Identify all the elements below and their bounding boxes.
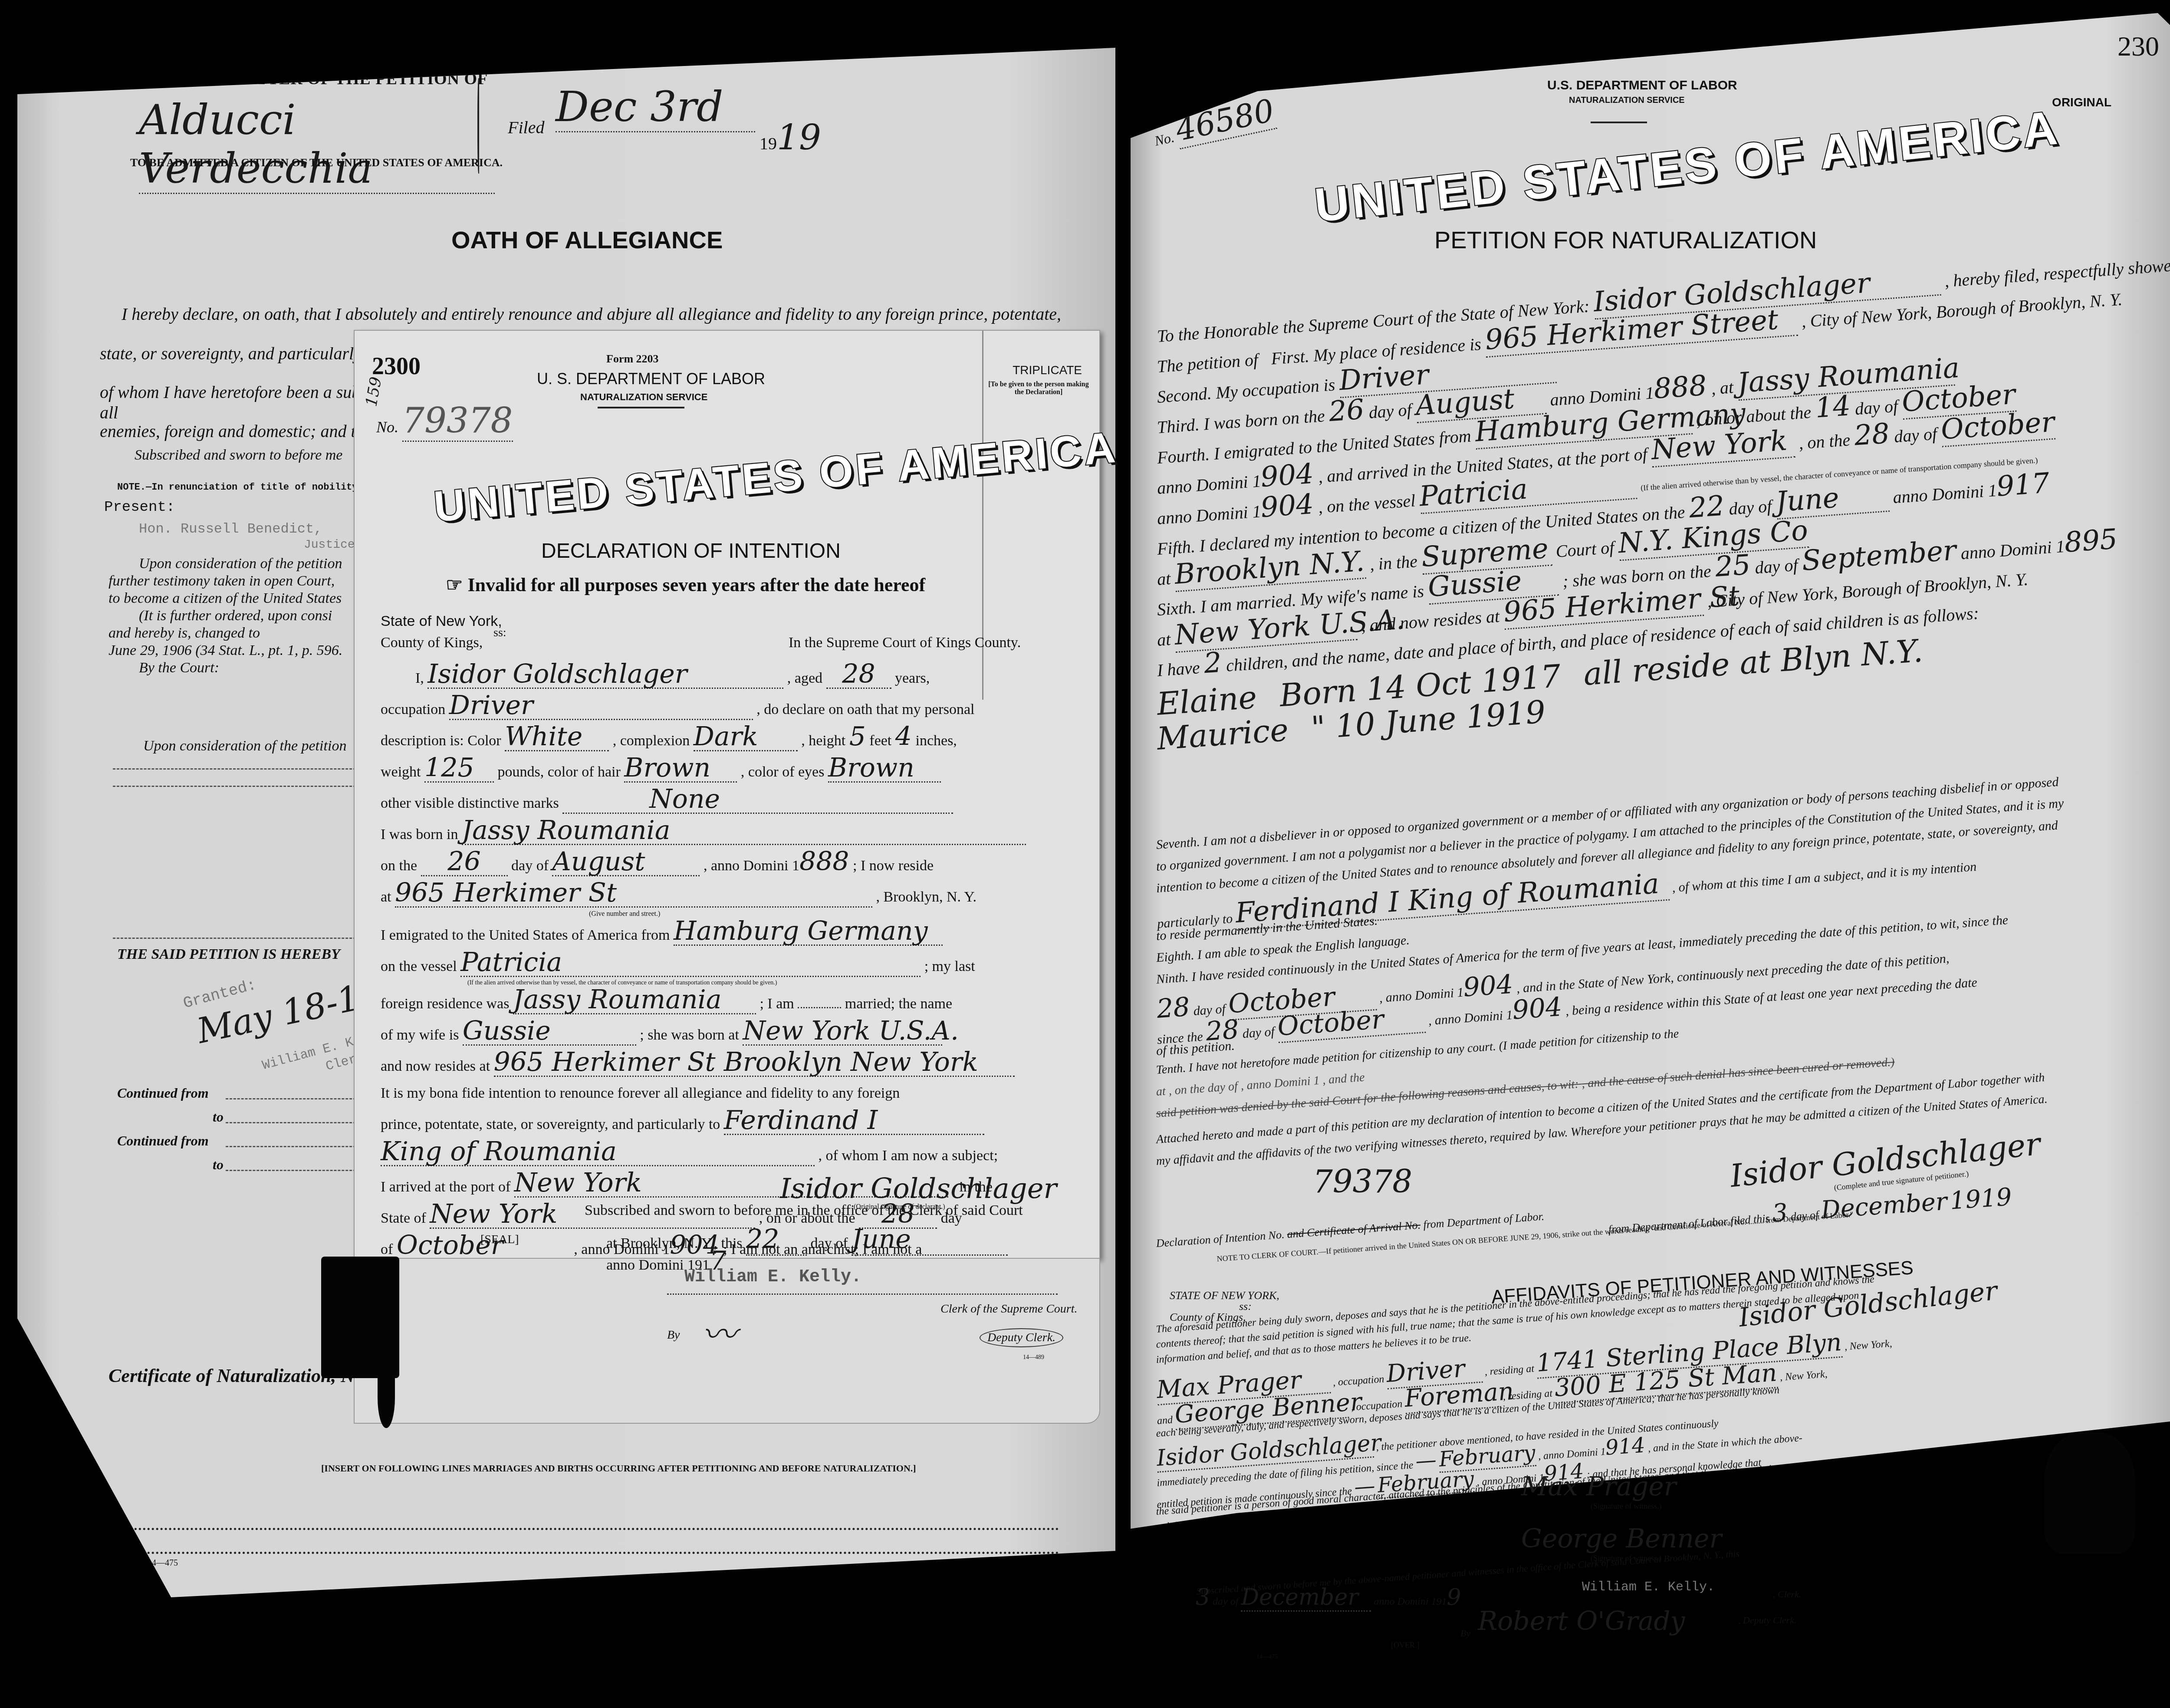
oath-title: OATH OF ALLEGIANCE <box>451 226 723 254</box>
ink-blot <box>321 1257 399 1378</box>
card-deputy-caption: Deputy Clerk. <box>980 1328 1063 1347</box>
declared-day: 22 <box>1688 490 1725 525</box>
petition-title: PETITION FOR NATURALIZATION <box>1434 226 1817 254</box>
name-row: I, Isidor Goldschlager , aged 28 years, <box>381 661 1075 692</box>
sovereign-field-2: King of Roumania <box>381 1138 815 1166</box>
wife-birth-day: 25 <box>1714 549 1751 583</box>
eyes-field: Brown <box>828 754 941 783</box>
card-ss: ss: <box>493 626 506 640</box>
card-sworn-text: Subscribed and sworn to before me in the… <box>585 1202 1023 1219</box>
right-ledger-page: 230 U.S. DEPARTMENT OF LABOR NATURALIZAT… <box>1131 13 2170 1576</box>
card-number-line: No. 79378 <box>376 400 513 442</box>
consideration-1: Upon consideration of the petition <box>139 556 342 572</box>
card-sworn-day: 22 <box>746 1224 807 1256</box>
hair-field: Brown <box>624 754 737 783</box>
clerk-label: , Clerk. <box>1773 1589 1801 1600</box>
declarant-signature: Isidor Goldschlager <box>780 1173 1057 1205</box>
emigrated-day: 14 <box>1814 390 1851 425</box>
page-number: 230 <box>2117 30 2159 63</box>
height-feet: 5 <box>849 721 866 752</box>
by-label: By <box>1460 1628 1470 1639</box>
consideration-3: to become a citizen of the United States <box>108 590 342 607</box>
aff-state: STATE OF NEW YORK, <box>1170 1289 1279 1302</box>
continued-from-2: Continued from <box>117 1133 209 1149</box>
card-footer-code: 14—489 <box>1023 1354 1044 1361</box>
born-in-field: Jassy Roumania <box>462 817 1026 845</box>
petition-no: No. 46580 <box>1150 92 1277 155</box>
card-deputy-signature: 〰 <box>702 1307 736 1356</box>
arrival-day: 28 <box>1853 418 1891 452</box>
card-service: NATURALIZATION SERVICE <box>580 392 707 403</box>
declarant-occupation: Driver <box>449 692 753 720</box>
weight-field: 125 <box>424 754 494 783</box>
deputy-label: , Deputy Clerk. <box>1738 1615 1796 1626</box>
declaration-number-hand: 79378 <box>1313 1163 1412 1200</box>
blank-line <box>113 938 356 939</box>
further-ordered: (It is further ordered, upon consi <box>139 608 332 624</box>
final-year: 9 <box>1447 1584 1461 1610</box>
over-label: [OVER.] <box>1391 1641 1420 1650</box>
card-seal: [SEAL] <box>480 1233 519 1247</box>
declarant-age: 28 <box>826 661 891 689</box>
wife-residence-field: 965 Herkimer St Brooklyn New York <box>494 1049 1015 1077</box>
card-clerk-caption: Clerk of the Supreme Court. <box>940 1302 1077 1316</box>
triplicate-note: [To be given to the person making the De… <box>986 381 1091 396</box>
original-label: ORIGINAL <box>2052 95 2111 109</box>
clerk-stamp: William E. Kelly. <box>1582 1580 1715 1595</box>
color-field: White <box>505 723 609 751</box>
wife-born-field: New York U.S.A. <box>743 1017 942 1046</box>
matter-heading: IN THE MATTER OF THE PETITION OF <box>165 69 488 89</box>
card-lower: Subscribed and sworn to before me in the… <box>354 1259 1100 1424</box>
consideration-4: Upon consideration of the petition <box>143 738 346 754</box>
filed-year-prefix: 19 <box>759 134 777 153</box>
height-inches: 4 <box>895 721 912 752</box>
triplicate-label: TRIPLICATE <box>1013 363 1082 377</box>
final-month: December <box>1241 1584 1371 1612</box>
brace-divider <box>477 78 480 174</box>
card-title: DECLARATION OF INTENTION <box>541 539 841 563</box>
petition-hereby: THE SAID PETITION IS HEREBY <box>117 946 340 963</box>
emigrated-from-field: Hamburg Germany <box>674 918 943 946</box>
blank-line <box>113 786 356 787</box>
foreign-residence-field: Jassy Roumania <box>513 986 756 1014</box>
wife-field: Gussie <box>463 1017 636 1046</box>
name-changed: and hereby is, changed to <box>108 625 260 642</box>
service: NATURALIZATION SERVICE <box>1569 95 1685 105</box>
ink-blot-drip <box>378 1367 395 1428</box>
right-page-footer: Max Prager (Signature of witness.) Georg… <box>1131 1476 2129 1662</box>
card-serial: 2300 <box>372 352 421 380</box>
card-number: 79378 <box>402 400 513 442</box>
present-label: Present: <box>104 499 175 516</box>
ink-blot-right <box>2044 1432 2135 1554</box>
card-form-no: Form 2203 <box>606 352 659 365</box>
final-date-line: 3 day of December anno Domini 1919 <box>1196 1584 1461 1612</box>
blank-line <box>113 768 356 770</box>
continued-from-1: Continued from <box>117 1085 209 1101</box>
arch-title: UNITED STATES OF AMERICA <box>1312 100 2062 233</box>
petition-number: 46580 <box>1172 92 1277 150</box>
bona-fide-1: It is my bona fide intention to renounce… <box>381 1080 1075 1107</box>
dept: U.S. DEPARTMENT OF LABOR <box>1547 78 1737 93</box>
consideration-2: further testimony taken in open Court, <box>108 573 335 589</box>
card-state: State of New York, <box>381 613 502 630</box>
final-day: 3 <box>1196 1584 1210 1610</box>
card-county: County of Kings, <box>381 635 483 651</box>
birth-day: 26 <box>1328 394 1365 428</box>
justice-title: Justice <box>304 538 355 552</box>
oath-text-1: I hereby declare, on oath, that I absolu… <box>122 304 1076 324</box>
declarant-name: Isidor Goldschlager <box>427 661 783 689</box>
invalid-notice: ☞ Invalid for all purposes seven years a… <box>446 574 925 596</box>
petitioner-name: Alducci Verdecchia <box>139 95 495 194</box>
to-2: to <box>213 1157 224 1173</box>
sovereign-field-1: Ferdinand I <box>724 1107 984 1135</box>
statute-ref: June 29, 1906 (34 Stat. L., pt. 1, p. 59… <box>108 642 342 659</box>
filed-label: Filed <box>508 117 544 138</box>
justice-name: Hon. Russell Benedict, <box>139 521 322 537</box>
filed-date: Dec 3rd <box>556 82 755 132</box>
birth-month-field: August <box>552 848 700 876</box>
marks-field: None <box>562 786 953 814</box>
complexion-field: Dark <box>694 723 798 751</box>
right-form-code: 14—475 <box>1256 1654 1278 1661</box>
card-sworn-month: June <box>852 1224 1008 1256</box>
subscribed-partial: Subscribed and sworn to before me <box>135 447 342 464</box>
children-count: 2 <box>1203 647 1223 680</box>
oath-label: state, or sovereignty, and particularly … <box>100 344 379 363</box>
filed-year-suffix: 19 <box>777 117 821 158</box>
by-the-court: By the Court: <box>139 660 219 676</box>
admit-caption: TO BE ADMITTED A CITIZEN OF THE UNITED S… <box>130 156 503 169</box>
insert-note: [INSERT ON FOLLOWING LINES MARRIAGES AND… <box>321 1463 916 1474</box>
residence-field: 965 Herkimer St <box>395 879 872 908</box>
to-1: to <box>213 1109 224 1125</box>
declaration-of-intention-card: 2300 159 Form 2203 U. S. DEPARTMENT OF L… <box>354 330 1100 1259</box>
birth-year-field: 888 <box>799 846 849 877</box>
deputy-signature: Robert O'Grady <box>1478 1606 1685 1636</box>
card-dept: U. S. DEPARTMENT OF LABOR <box>537 370 765 388</box>
left-form-code: 14—475 <box>148 1558 178 1568</box>
birth-day-field: 26 <box>421 848 508 876</box>
card-clerk-stamp: William E. Kelly. <box>684 1267 861 1287</box>
card-court: In the Supreme Court of Kings County. <box>789 635 1021 651</box>
witness-signature-2: George Benner <box>1521 1524 1722 1554</box>
card-by-label: By <box>667 1328 680 1342</box>
vessel-field: Patricia <box>460 949 921 977</box>
witness-signature-1: Max Prager <box>1521 1471 1677 1502</box>
witness-caption-1: (Signature of witness.) <box>1591 1502 1661 1511</box>
pointing-hand-icon: ☞ <box>446 574 463 596</box>
